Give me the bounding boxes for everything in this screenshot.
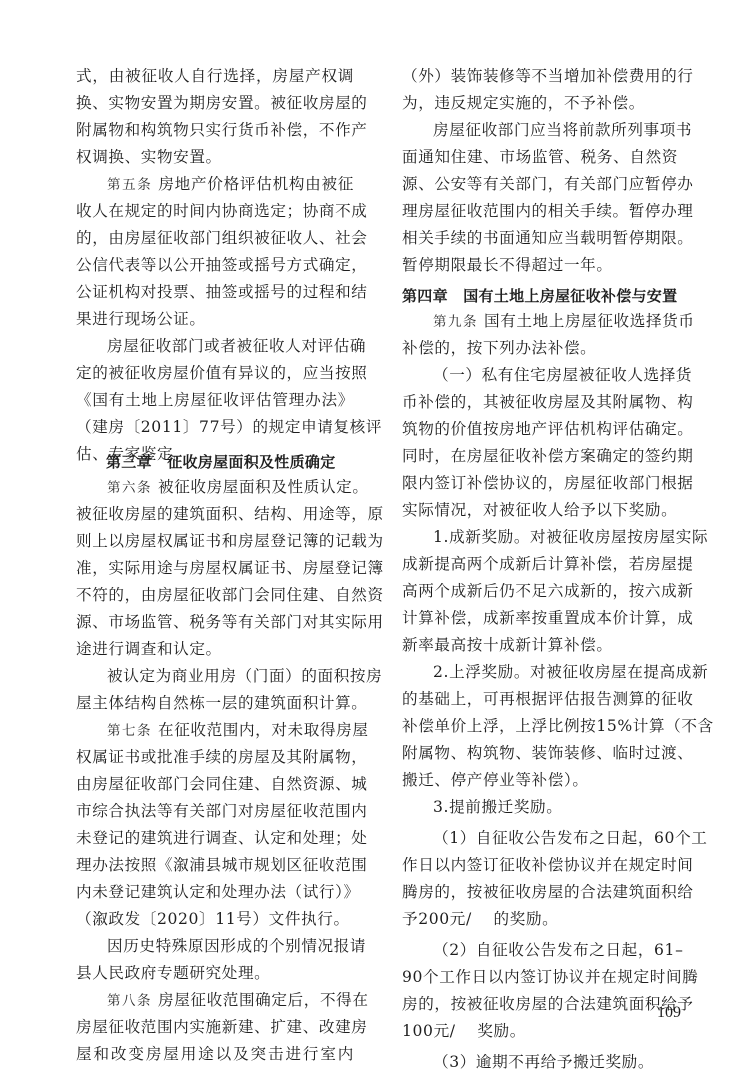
text-line: 面通知住建、市场监管、税务、自然资 — [402, 145, 678, 169]
line-text: 房屋征收部门或者被征收人对评估确 — [107, 337, 366, 355]
text-line: 公证机构对投票、抽签或摇号的过程和结 — [76, 280, 354, 304]
line-text: 国有土地上房屋征收选择货币 — [484, 312, 695, 330]
line-text: 在征收范围内，对未取得房屋 — [158, 721, 369, 739]
line-text: 3.提前搬迁奖励。 — [433, 798, 562, 816]
line-text: 2.上浮奖励。对被征收房屋在提高成新 — [433, 663, 708, 681]
line-text: 途进行调查和认定。 — [76, 640, 222, 658]
line-text: 附属物、构筑物、装饰装修、临时过渡、 — [402, 744, 694, 762]
text-line: 定的被征收房屋价值有异议的，应当按照 — [76, 361, 354, 385]
page-number: 109 — [657, 1004, 681, 1022]
text-line: 权属证书或批准手续的房屋及其附属物， — [76, 745, 354, 769]
line-text: （溆政发〔2020〕11号）文件执行。 — [76, 910, 350, 928]
text-line: 县人民政府专题研究处理。 — [76, 961, 354, 985]
line-text: 市综合执法等有关部门对房屋征收范围内 — [76, 802, 368, 820]
text-line: 源、公安等有关部门，有关部门应暂停办 — [402, 172, 678, 196]
text-line: 《国有土地上房屋征收评估管理办法》 — [76, 388, 354, 412]
article-line: 第九条国有土地上房屋征收选择货币 — [402, 309, 678, 333]
text-line: 补偿的，按下列办法补偿。 — [402, 336, 678, 360]
text-line: 收人在规定的时间内协商选定；协商不成 — [76, 199, 354, 223]
line-text: 90个工作日以内签订协议并在规定时间腾 — [402, 968, 698, 986]
article-label: 第六条 — [107, 480, 152, 496]
line-text: 权属证书或批准手续的房屋及其附属物， — [76, 748, 368, 766]
chapter-heading: 第三章 征收房屋面积及性质确定 — [76, 450, 384, 474]
line-text: 腾房的，按被征收房屋的合法建筑面积给 — [402, 883, 694, 901]
text-line: 则上以房屋权属证书和房屋登记簿的记载为 — [76, 529, 354, 553]
line-text: 的，由房屋征收部门组织被征收人、社会 — [76, 229, 368, 247]
text-line: 附属物和构筑物只实行货币补偿，不作产 — [76, 118, 354, 142]
text-line: 内未登记建筑认定和处理办法（试行）》 — [76, 880, 354, 904]
text-line: 相关手续的书面通知应当载明暂停期限。 — [402, 226, 678, 250]
text-line: 补偿单价上浮，上浮比例按15%计算（不含 — [402, 714, 678, 738]
line-text: 面通知住建、市场监管、税务、自然资 — [402, 148, 678, 166]
text-line: 90个工作日以内签订协议并在规定时间腾 — [402, 965, 678, 989]
text-line: 源、市场监管、税务等有关部门对其实际用 — [76, 610, 354, 634]
article-line: 第七条在征收范围内，对未取得房屋 — [76, 718, 354, 742]
line-text: 同时，在房屋征收补偿方案确定的签约期 — [402, 447, 694, 465]
text-line: 未登记的建筑进行调查、认定和处理；处 — [76, 826, 354, 850]
line-text: 为，违反规定实施的，不予补偿。 — [402, 94, 645, 112]
text-line: 搬迁、停产停业等补偿）。 — [402, 768, 678, 792]
line-text: （建房〔2011〕77号）的规定申请复核评 — [76, 418, 382, 436]
article-label: 第九条 — [433, 314, 478, 330]
line-text: 屋和改变房屋用途以及突击进行室内 — [76, 1045, 354, 1063]
line-text: 理房屋征收范围内的相关手续。暂停办理 — [402, 202, 694, 220]
right-column: （外）装饰装修等不当增加补偿费用的行为，违反规定实施的，不予补偿。房屋征收部门应… — [402, 0, 678, 1077]
line-text: 被认定为商业用房（门面）的面积按房 — [107, 667, 382, 685]
line-text: （3）逾期不再给予搬迁奖励。 — [433, 1053, 654, 1071]
line-text: 第三章 征收房屋面积及性质确定 — [106, 453, 336, 471]
text-line: 予200元/ 的奖励。 — [402, 907, 678, 931]
line-text: 则上以房屋权属证书和房屋登记簿的记载为 — [76, 532, 384, 550]
line-text: 第四章 国有土地上房屋征收补偿与安置 — [402, 287, 677, 305]
text-line: 由房屋征收部门会同住建、自然资源、城 — [76, 772, 354, 796]
text-line: 被征收房屋的建筑面积、结构、用途等，原 — [76, 502, 354, 526]
line-text: 房屋征收范围确定后，不得在 — [158, 991, 369, 1009]
line-text: 搬迁、停产停业等补偿）。 — [402, 771, 589, 789]
line-text: 《国有土地上房屋征收评估管理办法》 — [76, 391, 354, 409]
line-text: 内未登记建筑认定和处理办法（试行）》 — [76, 883, 360, 901]
text-line: 新率最高按十成新计算补偿。 — [402, 633, 678, 657]
text-line: 不符的，由房屋征收部门会同住建、自然资 — [76, 583, 354, 607]
line-text: 果进行现场公证。 — [76, 310, 206, 328]
line-text: 附属物和构筑物只实行货币补偿，不作产 — [76, 121, 368, 139]
line-text: 定的被征收房屋价值有异议的，应当按照 — [76, 364, 368, 382]
text-line: 限内签订补偿协议的，房屋征收部门根据 — [402, 471, 678, 495]
line-text: 高两个成新后仍不足六成新的，按六成新 — [402, 582, 694, 600]
text-line: （一）私有住宅房屋被征收人选择货 — [402, 363, 678, 387]
text-line: 因历史特殊原因形成的个别情况报请 — [76, 934, 354, 958]
text-line: 的基础上，可再根据评估报告测算的征收 — [402, 687, 678, 711]
line-text: （外）装饰装修等不当增加补偿费用的行 — [402, 67, 694, 85]
text-line: 腾房的，按被征收房屋的合法建筑面积给 — [402, 880, 678, 904]
text-line: 果进行现场公证。 — [76, 307, 354, 331]
line-text: 作日以内签订征收补偿协议并在规定时间 — [402, 856, 694, 874]
text-line: 式，由被征收人自行选择，房屋产权调 — [76, 64, 354, 88]
text-line: 100元/ 奖励。 — [402, 1019, 678, 1043]
text-line: 3.提前搬迁奖励。 — [402, 795, 678, 819]
text-line: 理办法按照《溆浦县城市规划区征收范围 — [76, 853, 354, 877]
line-text: 暂停期限最长不得超过一年。 — [402, 256, 613, 274]
text-line: 附属物、构筑物、装饰装修、临时过渡、 — [402, 741, 678, 765]
article-label: 第五条 — [107, 177, 152, 193]
line-text: 未登记的建筑进行调查、认定和处理；处 — [76, 829, 368, 847]
text-line: 房屋征收部门或者被征收人对评估确 — [76, 334, 354, 358]
line-text: 补偿的，按下列办法补偿。 — [402, 339, 596, 357]
text-line: 实际情况，对被征收人给予以下奖励。 — [402, 498, 678, 522]
line-text: 不符的，由房屋征收部门会同住建、自然资 — [76, 586, 384, 604]
text-line: 为，违反规定实施的，不予补偿。 — [402, 91, 678, 115]
article-label: 第七条 — [107, 723, 152, 739]
line-text: 房的，按被征收房屋的合法建筑面积给予 — [402, 995, 694, 1013]
text-line: 换、实物安置为期房安置。被征收房屋的 — [76, 91, 354, 115]
left-column: 式，由被征收人自行选择，房屋产权调换、实物安置为期房安置。被征收房屋的附属物和构… — [76, 0, 354, 1077]
text-line: 屋主体结构自然栋一层的建筑面积计算。 — [76, 691, 354, 715]
text-line: 币补偿的，其被征收房屋及其附属物、构 — [402, 390, 678, 414]
article-line: 第八条房屋征收范围确定后，不得在 — [76, 988, 354, 1012]
line-text: 县人民政府专题研究处理。 — [76, 964, 270, 982]
text-line: 暂停期限最长不得超过一年。 — [402, 253, 678, 277]
line-text: 相关手续的书面通知应当载明暂停期限。 — [402, 229, 694, 247]
text-line: 市综合执法等有关部门对房屋征收范围内 — [76, 799, 354, 823]
line-text: 实际情况，对被征收人给予以下奖励。 — [402, 501, 677, 519]
text-line: 公信代表等以公开抽签或摇号方式确定， — [76, 253, 354, 277]
line-text: 补偿单价上浮，上浮比例按15%计算（不含 — [402, 717, 714, 735]
text-line: 权调换、实物安置。 — [76, 145, 354, 169]
line-text: 公证机构对投票、抽签或摇号的过程和结 — [76, 283, 368, 301]
text-line: 准，实际用途与房屋权属证书、房屋登记簿 — [76, 556, 354, 580]
text-line: 房屋征收部门应当将前款所列事项书 — [402, 118, 678, 142]
line-text: 屋主体结构自然栋一层的建筑面积计算。 — [76, 694, 368, 712]
line-text: 源、公安等有关部门，有关部门应暂停办 — [402, 175, 694, 193]
document-page: 式，由被征收人自行选择，房屋产权调换、实物安置为期房安置。被征收房屋的附属物和构… — [0, 0, 755, 1077]
text-line: 理房屋征收范围内的相关手续。暂停办理 — [402, 199, 678, 223]
line-text: 予200元/ 的奖励。 — [402, 910, 558, 928]
line-text: 成新提高两个成新后计算补偿，若房屋提 — [402, 555, 694, 573]
line-text: 源、市场监管、税务等有关部门对其实际用 — [76, 613, 384, 631]
line-text: 房屋征收部门应当将前款所列事项书 — [433, 121, 692, 139]
line-text: 准，实际用途与房屋权属证书、房屋登记簿 — [76, 559, 384, 577]
chapter-heading: 第四章 国有土地上房屋征收补偿与安置 — [402, 284, 678, 308]
line-text: 公信代表等以公开抽签或摇号方式确定， — [76, 256, 368, 274]
text-line: （外）装饰装修等不当增加补偿费用的行 — [402, 64, 678, 88]
article-line: 第六条被征收房屋面积及性质认定。 — [76, 475, 354, 499]
text-line: 房屋征收范围内实施新建、扩建、改建房 — [76, 1015, 354, 1039]
line-text: （1）自征收公告发布之日起，60个工 — [433, 829, 707, 847]
line-text: 理办法按照《溆浦县城市规划区征收范围 — [76, 856, 368, 874]
line-text: 房地产价格评估机构由被征 — [158, 175, 354, 193]
line-text: 式，由被征收人自行选择，房屋产权调 — [76, 67, 354, 85]
line-text: 被征收房屋的建筑面积、结构、用途等，原 — [76, 505, 384, 523]
line-text: 限内签订补偿协议的，房屋征收部门根据 — [402, 474, 694, 492]
text-line: （3）逾期不再给予搬迁奖励。 — [402, 1050, 678, 1074]
text-line: 的，由房屋征收部门组织被征收人、社会 — [76, 226, 354, 250]
article-line: 第五条房地产价格评估机构由被征 — [76, 172, 354, 196]
line-text: 的基础上，可再根据评估报告测算的征收 — [402, 690, 694, 708]
text-line: 1.成新奖励。对被征收房屋按房屋实际 — [402, 525, 678, 549]
line-text: 由房屋征收部门会同住建、自然资源、城 — [76, 775, 368, 793]
line-text: 换、实物安置为期房安置。被征收房屋的 — [76, 94, 368, 112]
line-text: 1.成新奖励。对被征收房屋按房屋实际 — [433, 528, 708, 546]
text-line: 房的，按被征收房屋的合法建筑面积给予 — [402, 992, 678, 1016]
line-text: （一）私有住宅房屋被征收人选择货 — [433, 366, 692, 384]
text-line: 被认定为商业用房（门面）的面积按房 — [76, 664, 354, 688]
text-line: 屋和改变房屋用途以及突击进行室内 — [76, 1042, 354, 1066]
text-line: （溆政发〔2020〕11号）文件执行。 — [76, 907, 354, 931]
line-text: 被征收房屋面积及性质认定。 — [158, 478, 369, 496]
line-text: 新率最高按十成新计算补偿。 — [402, 636, 613, 654]
line-text: 权调换、实物安置。 — [76, 148, 222, 166]
text-line: 高两个成新后仍不足六成新的，按六成新 — [402, 579, 678, 603]
line-text: 因历史特殊原因形成的个别情况报请 — [107, 937, 366, 955]
text-line: 筑物的价值按房地产评估机构评估确定。 — [402, 417, 678, 441]
line-text: 计算补偿，成新率按重置成本价计算，成 — [402, 609, 694, 627]
line-text: （2）自征收公告发布之日起，61– — [433, 941, 683, 959]
line-text: 收人在规定的时间内协商选定；协商不成 — [76, 202, 368, 220]
text-line: 成新提高两个成新后计算补偿，若房屋提 — [402, 552, 678, 576]
text-line: （建房〔2011〕77号）的规定申请复核评 — [76, 415, 354, 439]
text-line: （2）自征收公告发布之日起，61– — [402, 938, 678, 962]
line-text: 筑物的价值按房地产评估机构评估确定。 — [402, 420, 694, 438]
line-text: 100元/ 奖励。 — [402, 1022, 526, 1040]
text-line: 计算补偿，成新率按重置成本价计算，成 — [402, 606, 678, 630]
line-text: 币补偿的，其被征收房屋及其附属物、构 — [402, 393, 694, 411]
text-line: 2.上浮奖励。对被征收房屋在提高成新 — [402, 660, 678, 684]
text-line: 同时，在房屋征收补偿方案确定的签约期 — [402, 444, 678, 468]
article-label: 第八条 — [107, 993, 152, 1009]
line-text: 房屋征收范围内实施新建、扩建、改建房 — [76, 1018, 368, 1036]
text-line: 途进行调查和认定。 — [76, 637, 354, 661]
text-line: （1）自征收公告发布之日起，60个工 — [402, 826, 678, 850]
text-line: 作日以内签订征收补偿协议并在规定时间 — [402, 853, 678, 877]
